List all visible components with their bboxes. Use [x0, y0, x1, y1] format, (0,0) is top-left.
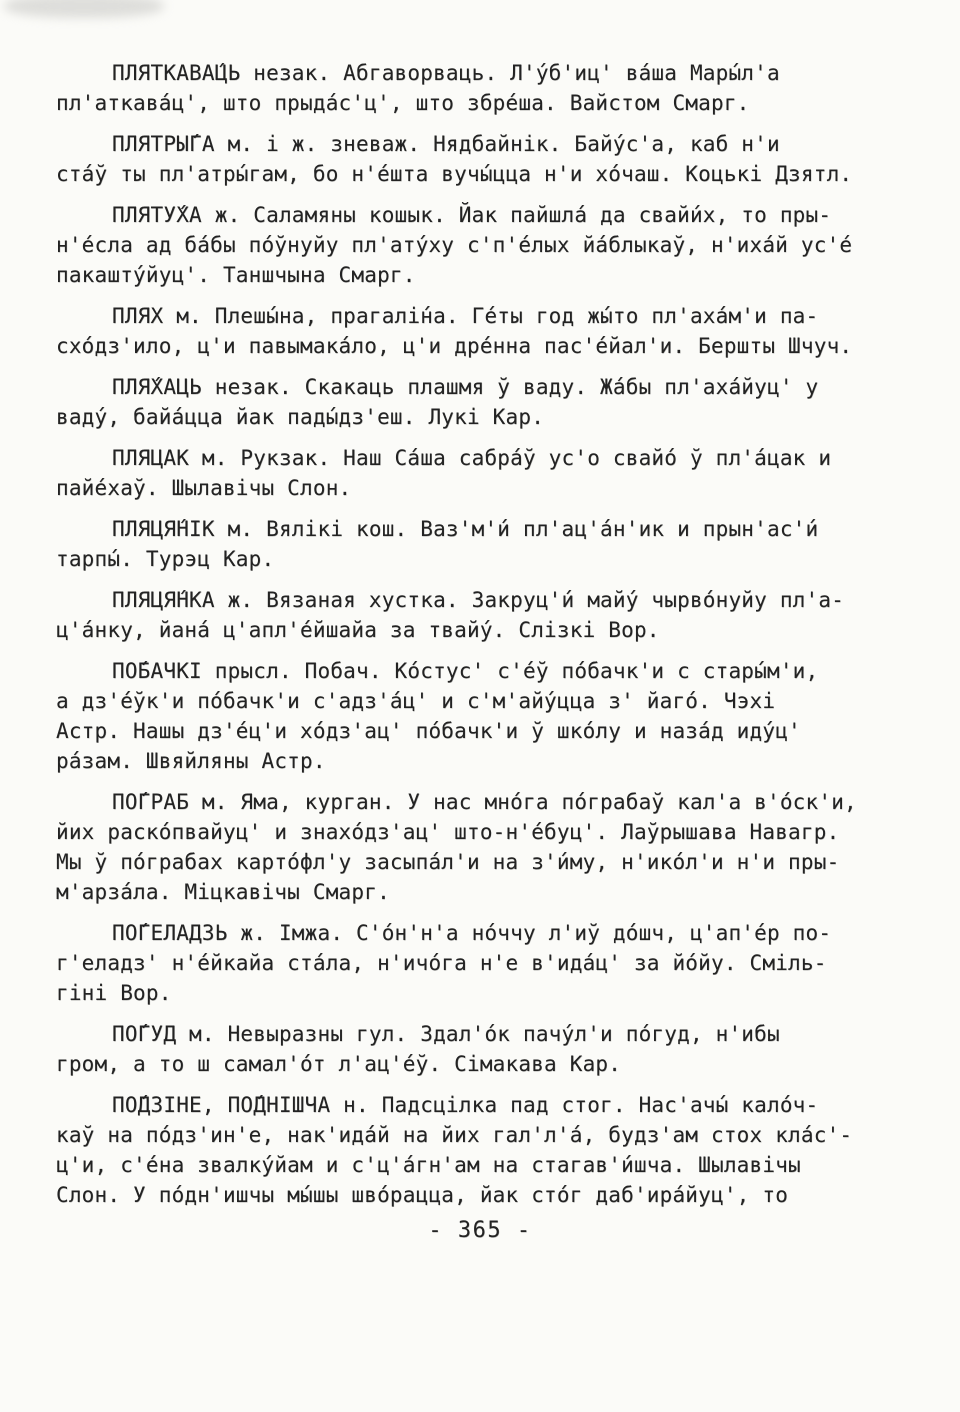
dictionary-entry: ПЛЯ́ХАЦЬ незак. Скакаць плашмя ў ваду. Ж…: [56, 372, 912, 432]
entry-line: ПЛЯЦАК м. Рукзак. Наш Са́ша сабра́ў ус'о…: [56, 443, 912, 473]
entry-line: пайе́хаў. Шылавічы Слон.: [56, 473, 912, 503]
entry-line: ПЛЯТКАВА́ЦЬ незак. Абгаворваць. Л'у́б'иц…: [56, 58, 912, 88]
entry-line: а дз'е́ўк'и по́бачк'и с'адз'а́ц' и с'м'а…: [56, 686, 912, 716]
entry-line: гіні Вор.: [56, 978, 912, 1008]
entry-line: м'арза́ла. Міцкавічы Смарг.: [56, 877, 912, 907]
scan-smudge: [4, 0, 164, 18]
dictionary-entry: ПЛЯЦЯ́НІК м. Вялікі кош. Ваз'м'и́ пл'ац'…: [56, 514, 912, 574]
entry-line: ПЛЯЦЯ́НІК м. Вялікі кош. Ваз'м'и́ пл'ац'…: [56, 514, 912, 544]
dictionary-entry: ПО́ГУД м. Невыразны гул. Здал'о́к пачу́л…: [56, 1019, 912, 1079]
dictionary-entry: ПО́ДЗІНЕ, ПО́ДНІШЧА н. Падсцілка пад сто…: [56, 1090, 912, 1210]
entry-line: йих раско́пвайуц' и знахо́дз'ац' што-н'е…: [56, 817, 912, 847]
dictionary-entry: ПЛЯТУ́ХА ж. Саламяны кошык. Йак пайшла́ …: [56, 200, 912, 290]
entry-line: тарпы́. Турэц Кар.: [56, 544, 912, 574]
entry-line: Мы ў по́грабах карто́фл'у засыпа́л'и на …: [56, 847, 912, 877]
entry-line: н'е́сла ад ба́бы по́ўнуйу пл'ату́ху с'п'…: [56, 230, 912, 260]
entry-line: схо́дз'ило, ц'и павымака́ло, ц'и дре́нна…: [56, 331, 912, 361]
dictionary-entry: ПЛЯТРЫ́ГА м. і ж. зневаж. Нядбайнік. Бай…: [56, 129, 912, 189]
entry-line: ПЛЯЦЯ́НКА ж. Вязаная хустка. Закруц'и́ м…: [56, 585, 912, 615]
entry-line: г'еладз' н'е́йкайа ста́ла, н'ичо́га н'е …: [56, 948, 912, 978]
dictionary-entry: ПЛЯЦАК м. Рукзак. Наш Са́ша сабра́ў ус'о…: [56, 443, 912, 503]
dictionary-entry: ПО́ГРАБ м. Яма, курган. У нас мно́га по́…: [56, 787, 912, 907]
entry-line: каў на по́дз'ин'е, нак'ида́й на йих гал'…: [56, 1120, 912, 1150]
entry-line: Астр. Нашы дз'е́ц'и хо́дз'ац' по́бачк'и …: [56, 716, 912, 746]
entry-line: Слон. У по́дн'ишчы мы́шы шво́рацца, йак …: [56, 1180, 912, 1210]
entry-line: ПЛЯТУ́ХА ж. Саламяны кошык. Йак пайшла́ …: [56, 200, 912, 230]
entry-line: ПЛЯТРЫ́ГА м. і ж. зневаж. Нядбайнік. Бай…: [56, 129, 912, 159]
entry-line: ваду́, байа́цца йак пады́дз'еш. Лукі Кар…: [56, 402, 912, 432]
dictionary-entry: ПО́ГЕЛАДЗЬ ж. Імжа. С'о́н'н'а но́ччу л'и…: [56, 918, 912, 1008]
dictionary-entry: ПО́БАЧКІ прысл. Побач. Ко́стус' с'е́ў по…: [56, 656, 912, 776]
dictionary-entry: ПЛЯХ м. Плешы́на, прагалі́на. Ге́ты год …: [56, 301, 912, 361]
entry-line: ста́ў ты пл'атры́гам, бо н'е́шта вучы́цц…: [56, 159, 912, 189]
entry-line: ПО́ГЕЛАДЗЬ ж. Імжа. С'о́н'н'а но́ччу л'и…: [56, 918, 912, 948]
entry-line: ПО́ГУД м. Невыразны гул. Здал'о́к пачу́л…: [56, 1019, 912, 1049]
entry-line: ц'а́нку, йана́ ц'апл'е́йшайа за твайу́. …: [56, 615, 912, 645]
document-page: ПЛЯТКАВА́ЦЬ незак. Абгаворваць. Л'у́б'иц…: [0, 0, 960, 1412]
entry-line: ПО́ДЗІНЕ, ПО́ДНІШЧА н. Падсцілка пад сто…: [56, 1090, 912, 1120]
entry-line: ра́зам. Швяйляны Астр.: [56, 746, 912, 776]
entry-line: ПЛЯХ м. Плешы́на, прагалі́на. Ге́ты год …: [56, 301, 912, 331]
entry-line: пл'аткава́ц', што прыда́с'ц', што збре́ш…: [56, 88, 912, 118]
dictionary-text-block: ПЛЯТКАВА́ЦЬ незак. Абгаворваць. Л'у́б'иц…: [56, 58, 912, 1221]
dictionary-entry: ПЛЯЦЯ́НКА ж. Вязаная хустка. Закруц'и́ м…: [56, 585, 912, 645]
page-number: - 365 -: [0, 1218, 960, 1243]
entry-line: гром, а то ш самал'о́т л'ац'е́ў. Сімакав…: [56, 1049, 912, 1079]
entry-line: ПЛЯ́ХАЦЬ незак. Скакаць плашмя ў ваду. Ж…: [56, 372, 912, 402]
entry-line: пакашту́йуц'. Таншчына Смарг.: [56, 260, 912, 290]
entry-line: ПО́БАЧКІ прысл. Побач. Ко́стус' с'е́ў по…: [56, 656, 912, 686]
dictionary-entry: ПЛЯТКАВА́ЦЬ незак. Абгаворваць. Л'у́б'иц…: [56, 58, 912, 118]
entry-line: ПО́ГРАБ м. Яма, курган. У нас мно́га по́…: [56, 787, 912, 817]
entry-line: ц'и, с'е́на звалку́йам и с'ц'а́гн'ам на …: [56, 1150, 912, 1180]
